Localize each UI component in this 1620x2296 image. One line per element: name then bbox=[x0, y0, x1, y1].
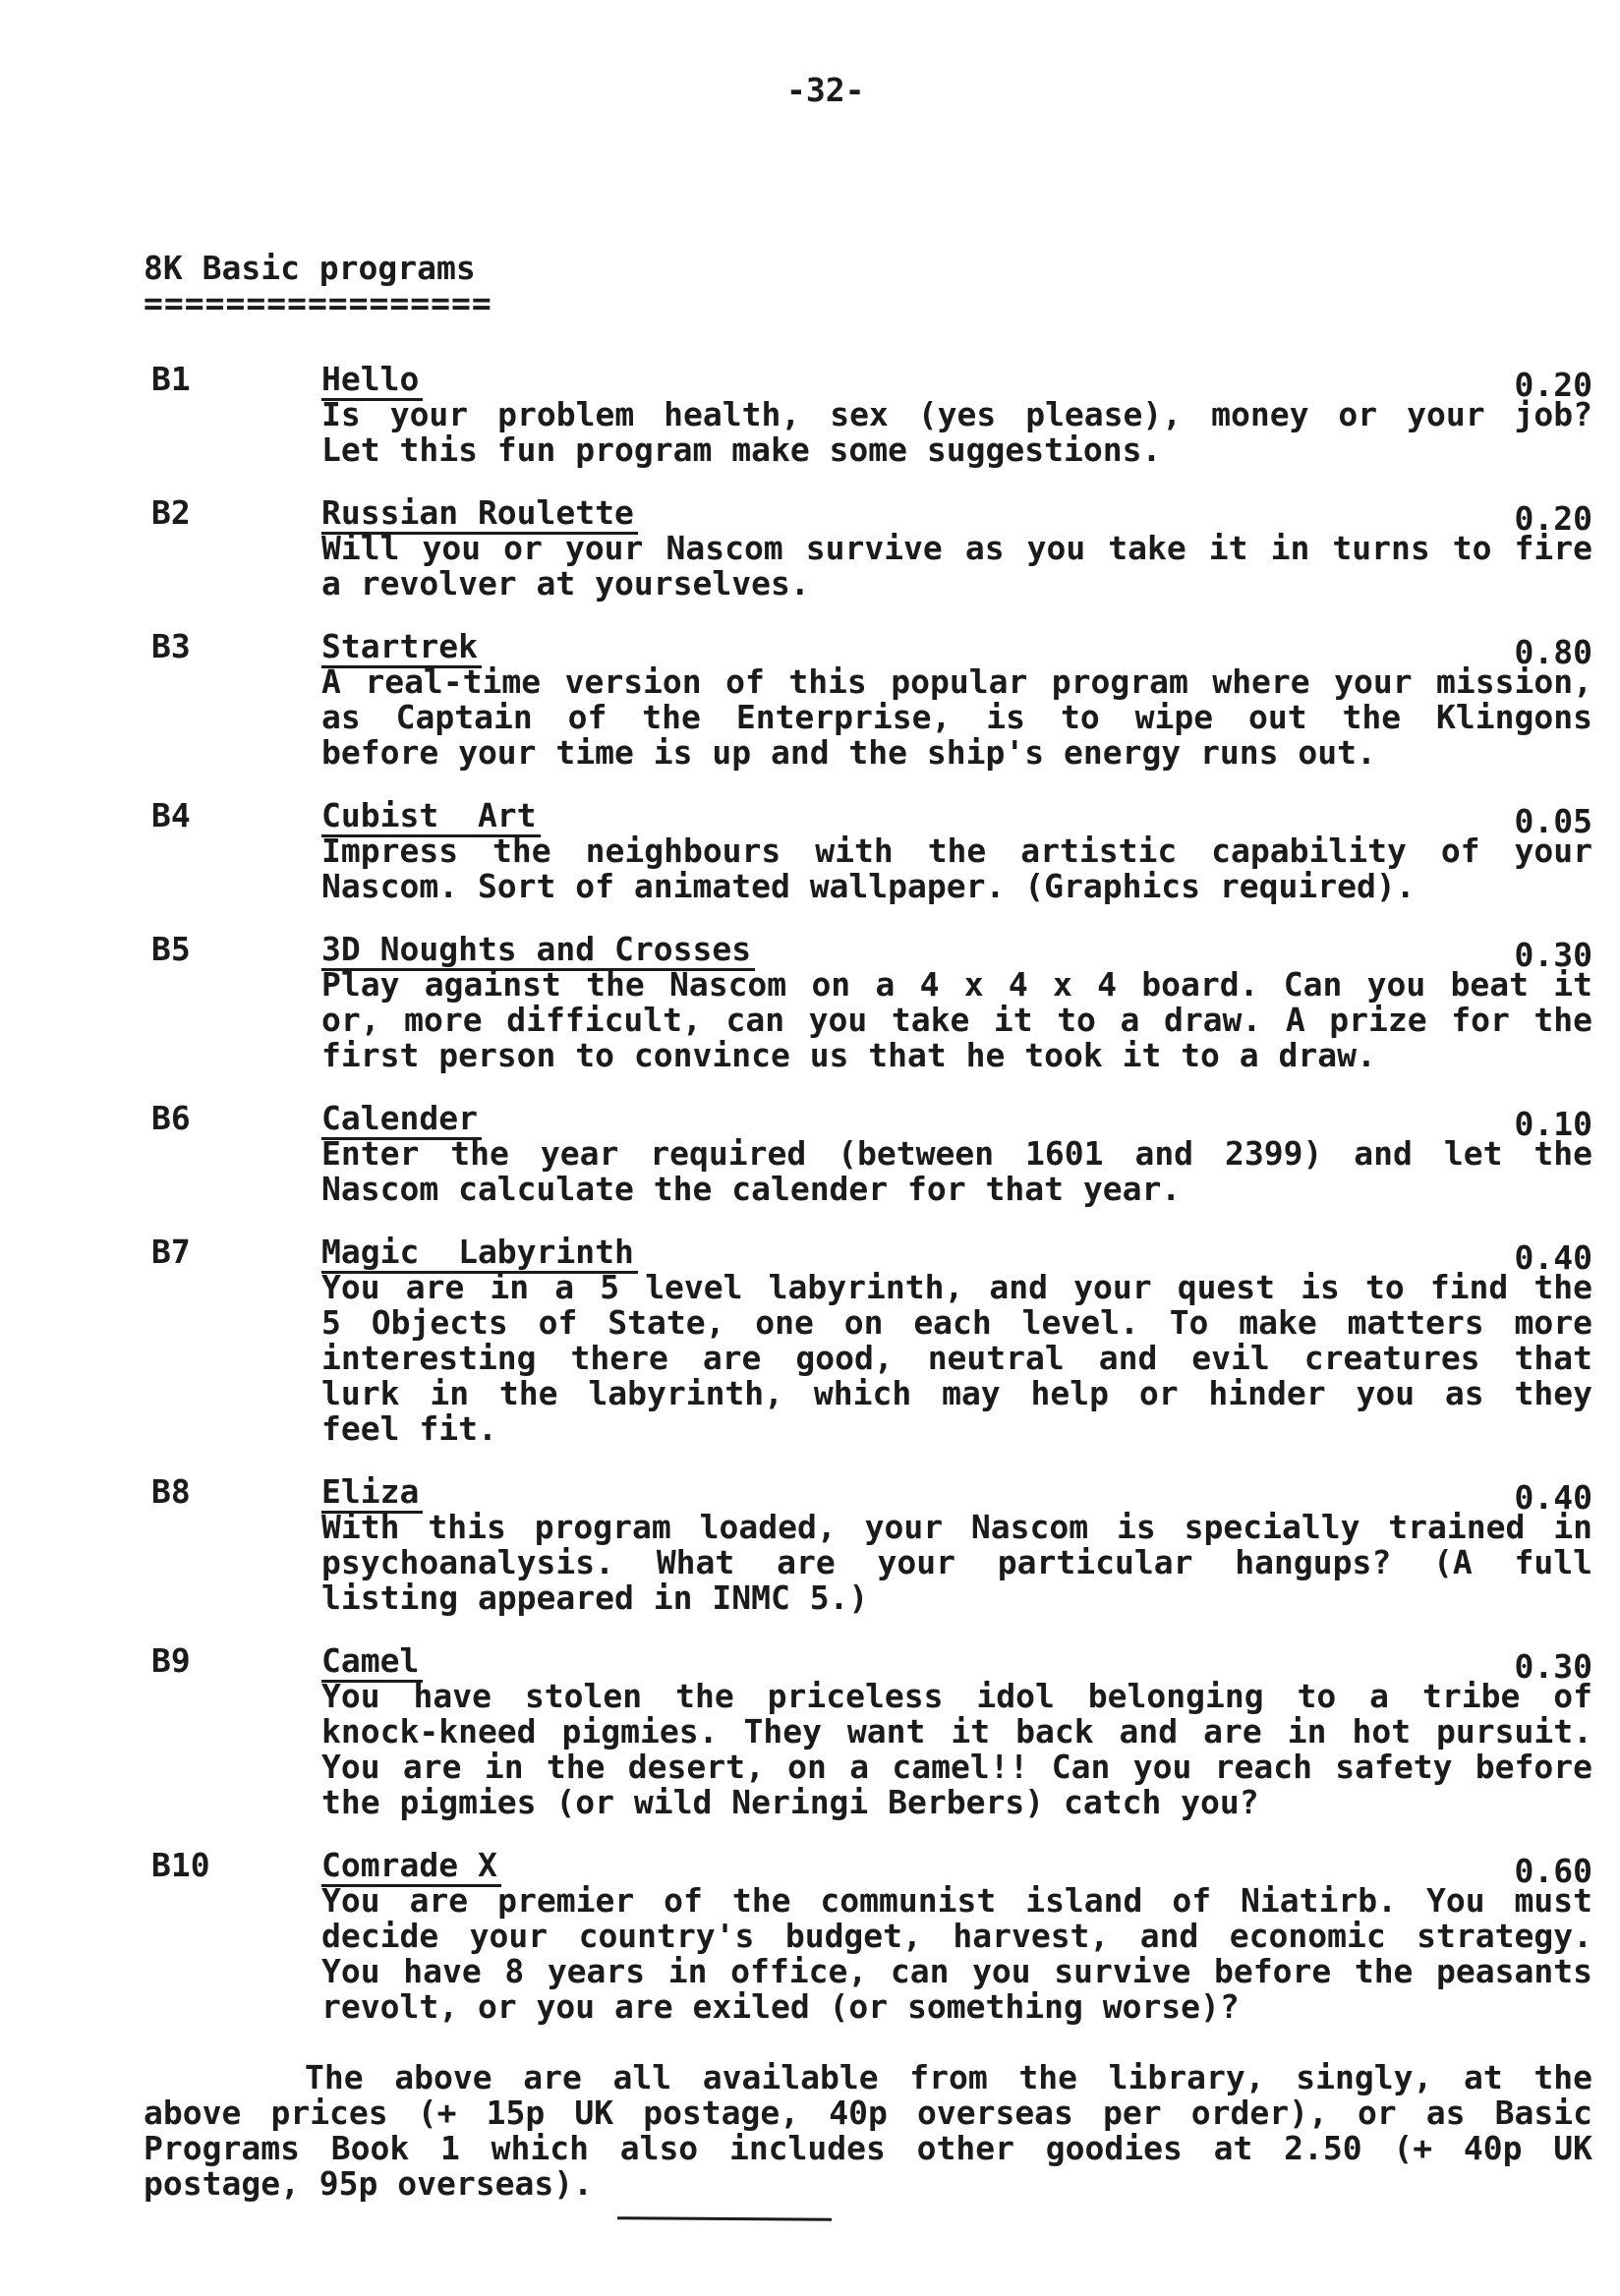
description-line: Will you or your Nascom survive as you t… bbox=[321, 531, 1592, 566]
program-entry-body: Cubist Art 0.05 Impress the neighbours w… bbox=[321, 798, 1592, 904]
program-entry: B7 Magic Labyrinth 0.40 You are in a 5 l… bbox=[144, 1234, 1592, 1447]
program-entry: B4 Cubist Art 0.05 Impress the neighbour… bbox=[144, 798, 1592, 904]
program-entry-body: Startrek 0.80 A real-time version of thi… bbox=[321, 629, 1592, 771]
description-line: psychoanalysis. What are your particular… bbox=[321, 1545, 1592, 1580]
description-line: 5 Objects of State, one on each level. T… bbox=[321, 1305, 1592, 1341]
program-entry-body: Hello 0.20 Is your problem health, sex (… bbox=[321, 362, 1592, 468]
description-line: A real-time version of this popular prog… bbox=[321, 664, 1592, 700]
program-entry: B3 Startrek 0.80 A real-time version of … bbox=[144, 629, 1592, 771]
footer-paragraph: The above are all available from the lib… bbox=[144, 2060, 1592, 2202]
description-line: Nascom. Sort of animated wallpaper. (Gra… bbox=[321, 869, 1592, 904]
program-price: 0.10 bbox=[1495, 1107, 1592, 1142]
description-line: You have 8 years in office, can you surv… bbox=[321, 1954, 1592, 1989]
program-entry-head: 3D Noughts and Crosses 0.30 bbox=[321, 932, 1592, 967]
program-entry-head: Magic Labyrinth 0.40 bbox=[321, 1234, 1592, 1270]
program-entry: B6 Calender 0.10 Enter the year required… bbox=[144, 1101, 1592, 1207]
program-entry-head: Calender 0.10 bbox=[321, 1101, 1592, 1136]
program-description: You are in a 5 level labyrinth, and your… bbox=[321, 1270, 1592, 1447]
footer-line: above prices (+ 15p UK postage, 40p over… bbox=[144, 2095, 1592, 2131]
description-line: first person to convince us that he took… bbox=[321, 1038, 1592, 1073]
footer-line: Programs Book 1 which also includes othe… bbox=[144, 2131, 1592, 2166]
description-line: Impress the neighbours with the artistic… bbox=[321, 833, 1592, 869]
program-id: B1 bbox=[144, 362, 321, 468]
program-id: B5 bbox=[144, 932, 321, 1073]
description-line: the pigmies (or wild Neringi Berbers) ca… bbox=[321, 1785, 1592, 1820]
program-entry-body: Calender 0.10 Enter the year required (b… bbox=[321, 1101, 1592, 1207]
program-entry-head: Russian Roulette 0.20 bbox=[321, 495, 1592, 531]
program-entry-head: Cubist Art 0.05 bbox=[321, 798, 1592, 833]
program-id: B9 bbox=[144, 1643, 321, 1820]
program-entry-head: Startrek 0.80 bbox=[321, 629, 1592, 664]
description-line: or, more difficult, can you take it to a… bbox=[321, 1003, 1592, 1038]
description-line: interesting there are good, neutral and … bbox=[321, 1341, 1592, 1376]
program-entry: B1 Hello 0.20 Is your problem health, se… bbox=[144, 362, 1592, 468]
program-entry-head: Eliza 0.40 bbox=[321, 1474, 1592, 1510]
program-description: Play against the Nascom on a 4 x 4 x 4 b… bbox=[321, 967, 1592, 1073]
program-id: B8 bbox=[144, 1474, 321, 1616]
program-entry-body: 3D Noughts and Crosses 0.30 Play against… bbox=[321, 932, 1592, 1073]
description-line: before your time is up and the ship's en… bbox=[321, 735, 1592, 771]
section-header: 8K Basic programs ================= bbox=[144, 252, 1592, 320]
description-line: Let this fun program make some suggestio… bbox=[321, 432, 1592, 468]
program-entry-body: Comrade X 0.60 You are premier of the co… bbox=[321, 1848, 1592, 2025]
program-description: Enter the year required (between 1601 an… bbox=[321, 1136, 1592, 1207]
program-description: Impress the neighbours with the artistic… bbox=[321, 833, 1592, 904]
footer-line: postage, 95p overseas). bbox=[144, 2166, 1592, 2202]
program-price: 0.40 bbox=[1495, 1240, 1592, 1276]
program-entry-head: Hello 0.20 bbox=[321, 362, 1592, 397]
description-line: feel fit. bbox=[321, 1411, 1592, 1447]
program-entry-body: Camel 0.30 You have stolen the priceless… bbox=[321, 1643, 1592, 1820]
program-description: Will you or your Nascom survive as you t… bbox=[321, 531, 1592, 602]
page-number: -32- bbox=[786, 73, 864, 108]
program-id: B4 bbox=[144, 798, 321, 904]
scanned-document-page: -32- 8K Basic programs =================… bbox=[0, 0, 1620, 2296]
program-entry-body: Eliza 0.40 With this program loaded, you… bbox=[321, 1474, 1592, 1616]
program-description: You are premier of the communist island … bbox=[321, 1883, 1592, 2025]
description-line: lurk in the labyrinth, which may help or… bbox=[321, 1376, 1592, 1411]
description-line: listing appeared in INMC 5.) bbox=[321, 1580, 1592, 1616]
footer-divider bbox=[617, 2216, 832, 2221]
program-entry-head: Camel 0.30 bbox=[321, 1643, 1592, 1679]
program-price: 0.30 bbox=[1495, 938, 1592, 973]
program-description: Is your problem health, sex (yes please)… bbox=[321, 397, 1592, 468]
description-line: You are in the desert, on a camel!! Can … bbox=[321, 1750, 1592, 1785]
program-id: B2 bbox=[144, 495, 321, 602]
program-price: 0.80 bbox=[1495, 635, 1592, 670]
footer-line: The above are all available from the lib… bbox=[144, 2060, 1592, 2095]
description-line: knock-kneed pigmies. They want it back a… bbox=[321, 1714, 1592, 1750]
program-entry: B10 Comrade X 0.60 You are premier of th… bbox=[144, 1848, 1592, 2025]
description-line: as Captain of the Enterprise, is to wipe… bbox=[321, 700, 1592, 735]
program-id: B3 bbox=[144, 629, 321, 771]
program-id: B10 bbox=[144, 1848, 321, 2025]
description-line: Nascom calculate the calender for that y… bbox=[321, 1172, 1592, 1207]
description-line: a revolver at yourselves. bbox=[321, 566, 1592, 602]
program-price: 0.60 bbox=[1495, 1854, 1592, 1889]
program-entry-body: Russian Roulette 0.20 Will you or your N… bbox=[321, 495, 1592, 602]
program-price: 0.20 bbox=[1495, 368, 1592, 403]
program-price: 0.20 bbox=[1495, 501, 1592, 537]
program-description: A real-time version of this popular prog… bbox=[321, 664, 1592, 771]
program-entry-body: Magic Labyrinth 0.40 You are in a 5 leve… bbox=[321, 1234, 1592, 1447]
description-line: decide your country's budget, harvest, a… bbox=[321, 1919, 1592, 1954]
description-line: Play against the Nascom on a 4 x 4 x 4 b… bbox=[321, 967, 1592, 1003]
description-line: revolt, or you are exiled (or something … bbox=[321, 1989, 1592, 2025]
program-id: B7 bbox=[144, 1234, 321, 1447]
section-title: 8K Basic programs bbox=[144, 252, 1592, 285]
program-price: 0.05 bbox=[1495, 804, 1592, 839]
program-entry: B5 3D Noughts and Crosses 0.30 Play agai… bbox=[144, 932, 1592, 1073]
description-line: You are in a 5 level labyrinth, and your… bbox=[321, 1270, 1592, 1305]
program-entry-head: Comrade X 0.60 bbox=[321, 1848, 1592, 1883]
program-entry: B8 Eliza 0.40 With this program loaded, … bbox=[144, 1474, 1592, 1616]
program-description: With this program loaded, your Nascom is… bbox=[321, 1510, 1592, 1616]
description-line: You are premier of the communist island … bbox=[321, 1883, 1592, 1919]
program-price: 0.30 bbox=[1495, 1649, 1592, 1685]
description-line: Enter the year required (between 1601 an… bbox=[321, 1136, 1592, 1172]
section-title-underline: ================= bbox=[144, 287, 1592, 320]
description-line: Is your problem health, sex (yes please)… bbox=[321, 397, 1592, 432]
program-entry: B2 Russian Roulette 0.20 Will you or you… bbox=[144, 495, 1592, 602]
description-line: You have stolen the priceless idol belon… bbox=[321, 1679, 1592, 1714]
program-id: B6 bbox=[144, 1101, 321, 1207]
program-list: B1 Hello 0.20 Is your problem health, se… bbox=[144, 362, 1592, 2025]
description-line: With this program loaded, your Nascom is… bbox=[321, 1510, 1592, 1545]
program-description: You have stolen the priceless idol belon… bbox=[321, 1679, 1592, 1820]
program-entry: B9 Camel 0.30 You have stolen the pricel… bbox=[144, 1643, 1592, 1820]
program-price: 0.40 bbox=[1495, 1480, 1592, 1516]
